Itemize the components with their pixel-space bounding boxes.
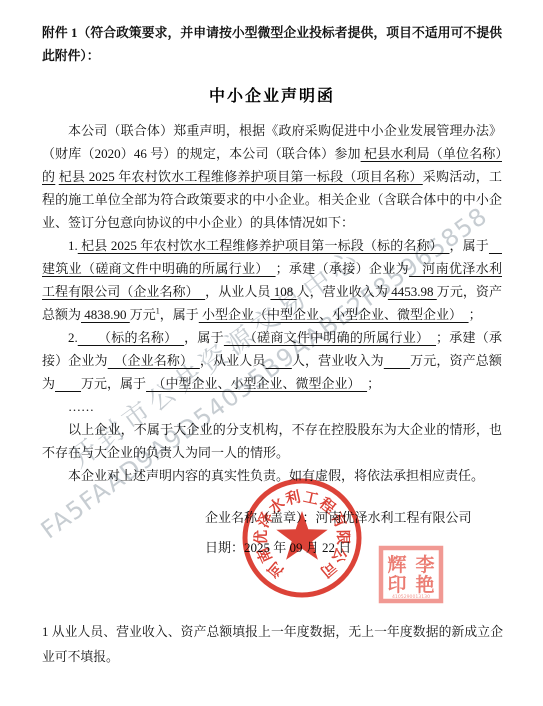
text-run: 杞县 2025 年农村饮水工程维修养护项目第一标段（项目名称） bbox=[59, 169, 423, 184]
ellipsis-line: …… bbox=[42, 395, 502, 418]
text-run: 万元 bbox=[130, 307, 156, 322]
document-page: 开封市公共资源交易中心 FA5FAAD9A9D54055B9AABE2F8596… bbox=[0, 0, 543, 706]
text-run: ，从业人员 bbox=[205, 284, 270, 299]
no-branch-paragraph: 以上企业，不属于大企业的分支机构，不存在控股股东为大企业的情形，也不存在与大企业… bbox=[42, 418, 502, 464]
attachment-note: 附件 1（符合政策要求，并申请按小型微型企业投标者提供，项目不适用可不提供此附件… bbox=[42, 22, 502, 68]
seal-code: 4105290013130 bbox=[392, 594, 430, 600]
document-body: 附件 1（符合政策要求，并申请按小型微型企业投标者提供，项目不适用可不提供此附件… bbox=[0, 0, 543, 563]
text-run: ；承建（承接）企业为 bbox=[276, 261, 409, 276]
signature-block: 企业名称（盖章）：河南优泽水利工程有限公司 日期：2025 年 09 月 22 … bbox=[205, 503, 502, 563]
text-run: 4838.90 bbox=[81, 307, 130, 322]
enterprise-item-1: 1. 杞县 2025 年农村饮水工程维修养护项目第一标段（标的名称） ，属于 建… bbox=[42, 234, 502, 326]
text-run: ，属于 bbox=[160, 307, 199, 322]
enterprise-item-2: 2. （标的名称） ，属于 （磋商文件中明确的所属行业） ；承建（承接）企业为 … bbox=[42, 326, 502, 395]
text-run: （标的名称） bbox=[78, 330, 184, 345]
text-run: （中型企业、小型企业、微型企业） bbox=[146, 376, 367, 391]
seal-char-bl: 印 bbox=[387, 574, 406, 596]
text-run: ； bbox=[469, 307, 482, 322]
declaration-paragraph: 本公司（联合体）郑重声明，根据《政府采购促进中小企业发展管理办法》（财库（202… bbox=[42, 119, 502, 234]
document-title: 中小企业声明函 bbox=[42, 83, 502, 106]
text-run: ，属于 bbox=[450, 238, 489, 253]
seal-char-br: 艳 bbox=[415, 573, 434, 596]
text-run: （磋商文件中明确的所属行业） bbox=[224, 330, 436, 345]
text-run bbox=[55, 376, 81, 391]
text-run: 杞县 2025 年农村饮水工程维修养护项目第一标段（标的名称） bbox=[78, 238, 450, 253]
text-run: 人，营业收入为 bbox=[297, 284, 388, 299]
text-run: ； bbox=[367, 376, 380, 391]
text-run bbox=[384, 353, 410, 368]
signature-company-line: 企业名称（盖章）：河南优泽水利工程有限公司 bbox=[205, 503, 502, 533]
text-run: ，从业人员 bbox=[200, 353, 266, 368]
signature-date-line: 日期：2025 年 09 月 22 日 bbox=[205, 533, 502, 563]
text-run: 小型企业（中型企业、小型企业、微型企业） bbox=[199, 307, 469, 322]
text-run: 1. bbox=[68, 238, 78, 253]
text-run: 2. bbox=[68, 330, 78, 345]
text-run: 108 bbox=[270, 284, 296, 299]
text-run: 4453.98 bbox=[388, 284, 437, 299]
responsibility-paragraph: 本企业对上述声明内容的真实性负责。如有虚假，将依法承担相应责任。 bbox=[42, 464, 502, 487]
text-run: 人，营业收入为 bbox=[292, 353, 384, 368]
text-run: 万元，属于 bbox=[81, 376, 146, 391]
text-run: （企业名称） bbox=[108, 353, 200, 368]
footnote: 1 从业人员、营业收入、资产总额填报上一年度数据，无上一年度数据的新成立企业可不… bbox=[42, 620, 503, 670]
text-run: ，属于 bbox=[184, 330, 224, 345]
text-run bbox=[266, 353, 292, 368]
